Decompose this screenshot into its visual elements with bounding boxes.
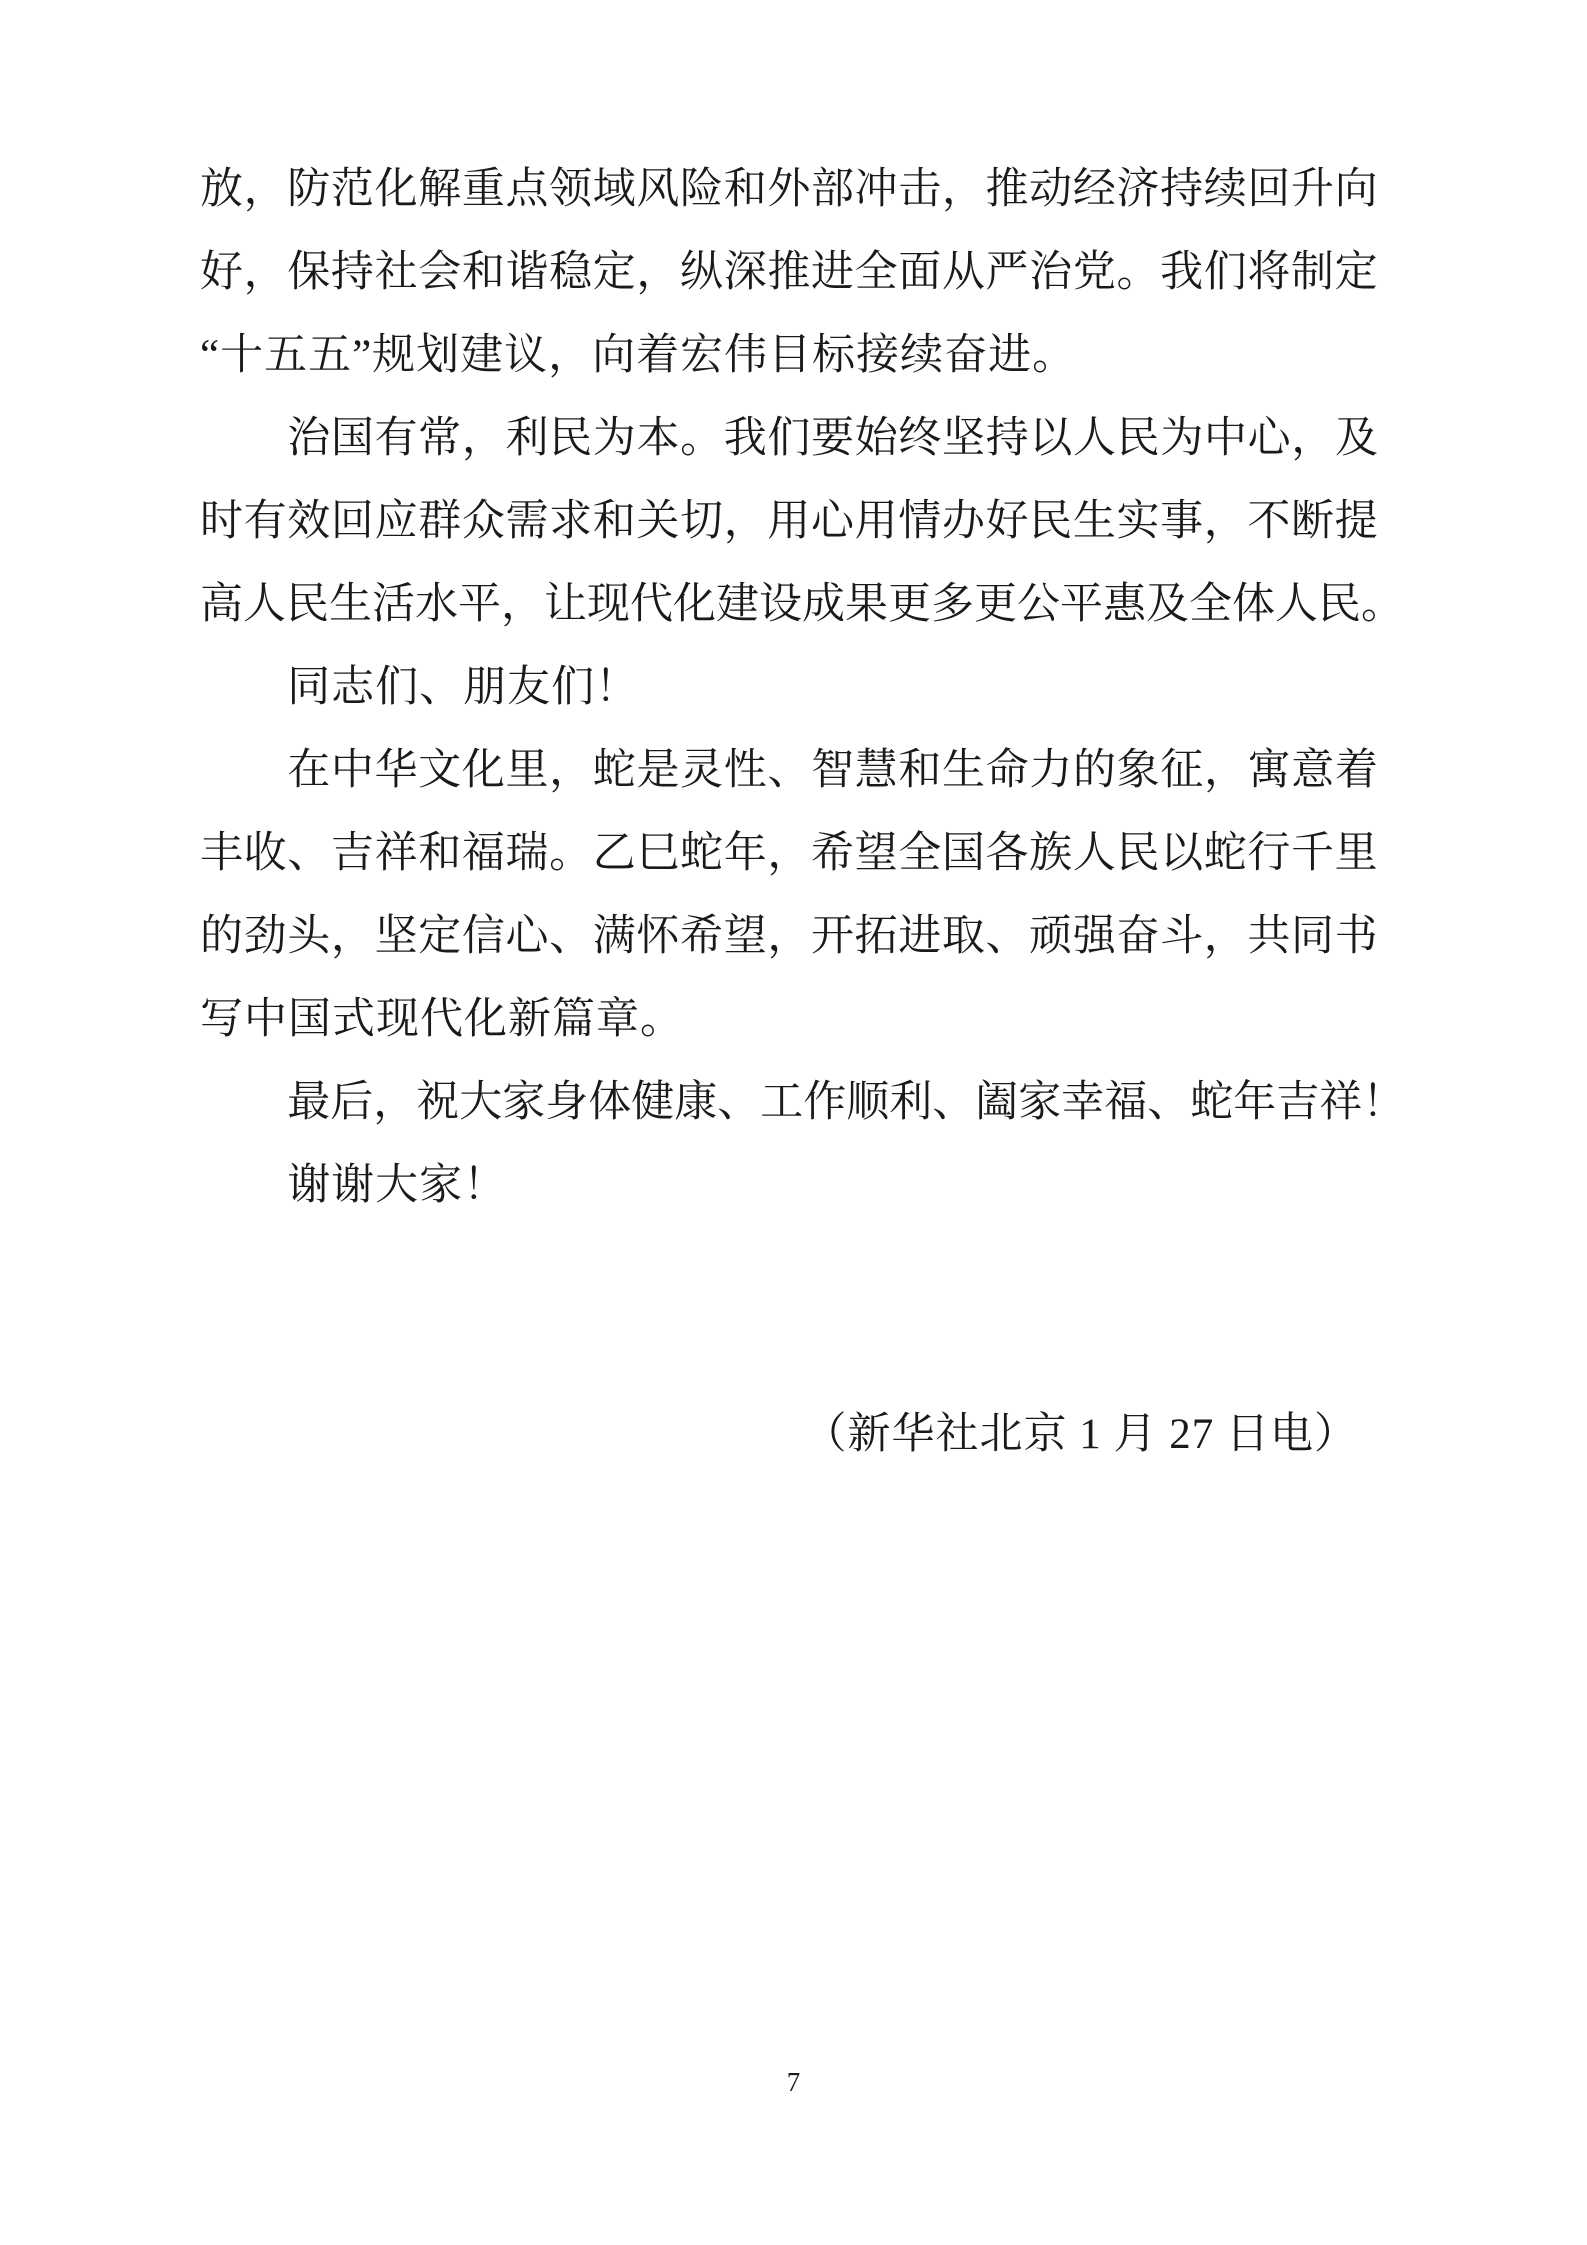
text-line: 谢谢大家！ xyxy=(200,1144,1378,1227)
text-line: 时有效回应群众需求和关切，用心用情办好民生实事，不断提 xyxy=(200,480,1378,563)
page-number: 7 xyxy=(787,2067,801,2097)
document-page: 放，防范化解重点领域风险和外部冲击，推动经济持续回升向好，保持社会和谐稳定，纵深… xyxy=(0,0,1587,2245)
text-line: 治国有常，利民为本。我们要始终坚持以人民为中心，及 xyxy=(200,397,1378,480)
page-footer: 7 xyxy=(0,2062,1587,2102)
text-line: 的劲头，坚定信心、满怀希望，开拓进取、顽强奋斗，共同书 xyxy=(200,895,1378,978)
text-line xyxy=(200,1310,1378,1393)
text-line: 同志们、朋友们！ xyxy=(200,646,1378,729)
text-line: 放，防范化解重点领域风险和外部冲击，推动经济持续回升向 xyxy=(200,148,1378,231)
text-line: 最后，祝大家身体健康、工作顺利、阖家幸福、蛇年吉祥！ xyxy=(200,1061,1378,1144)
text-line: 写中国式现代化新篇章。 xyxy=(200,978,1378,1061)
text-line: 在中华文化里，蛇是灵性、智慧和生命力的象征，寓意着 xyxy=(200,729,1378,812)
text-line: 丰收、吉祥和福瑞。乙巳蛇年，希望全国各族人民以蛇行千里 xyxy=(200,812,1378,895)
text-line xyxy=(200,1227,1378,1310)
text-line: 好，保持社会和谐稳定，纵深推进全面从严治党。我们将制定 xyxy=(200,231,1378,314)
text-line: （新华社北京 1 月 27 日电） xyxy=(200,1393,1378,1476)
text-line: 高人民生活水平，让现代化建设成果更多更公平惠及全体人民。 xyxy=(200,563,1378,646)
text-line: “十五五”规划建议，向着宏伟目标接续奋进。 xyxy=(200,314,1378,397)
page-body: 放，防范化解重点领域风险和外部冲击，推动经济持续回升向好，保持社会和谐稳定，纵深… xyxy=(200,148,1378,1476)
